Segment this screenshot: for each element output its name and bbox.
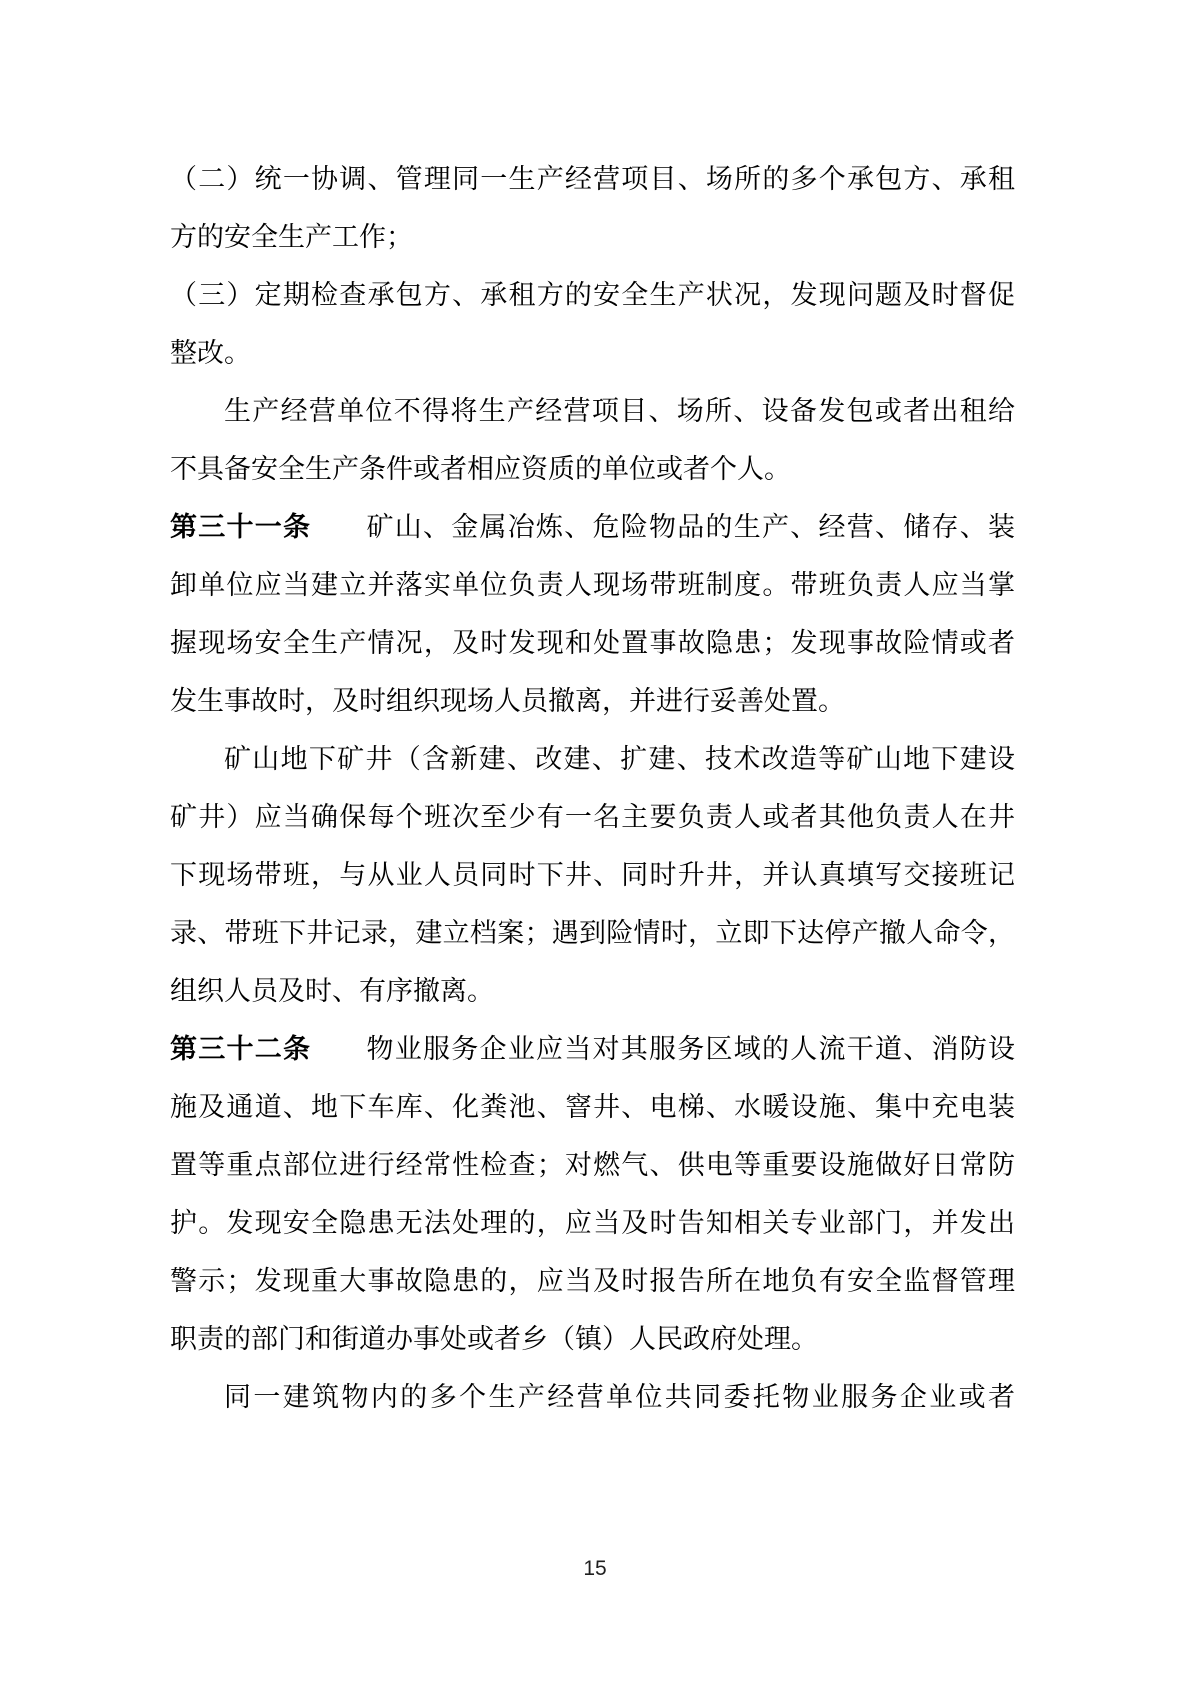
text-line: 护。发现安全隐患无法处理的，应当及时告知相关专业部门，并发出 — [170, 1194, 1015, 1252]
text-line: （二）统一协调、管理同一生产经营项目、场所的多个承包方、承租 — [170, 150, 1015, 208]
text-line: 施及通道、地下车库、化粪池、窨井、电梯、水暖设施、集中充电装 — [170, 1078, 1015, 1136]
text-line: 矿山地下矿井（含新建、改建、扩建、技术改造等矿山地下建设 — [170, 730, 1015, 788]
text-line: 组织人员及时、有序撤离。 — [170, 962, 1015, 1020]
document-body: （二）统一协调、管理同一生产经营项目、场所的多个承包方、承租 方的安全生产工作；… — [170, 150, 1015, 1426]
text-line: 职责的部门和街道办事处或者乡（镇）人民政府处理。 — [170, 1310, 1015, 1368]
text-line: 生产经营单位不得将生产经营项目、场所、设备发包或者出租给 — [170, 382, 1015, 440]
text-line: 不具备安全生产条件或者相应资质的单位或者个人。 — [170, 440, 1015, 498]
text-line: 同一建筑物内的多个生产经营单位共同委托物业服务企业或者 — [170, 1368, 1015, 1426]
text-line: 整改。 — [170, 324, 1015, 382]
article-32-text: 物业服务企业应当对其服务区域的人流干道、消防设 — [365, 1034, 1015, 1064]
page-number: 15 — [0, 1554, 1190, 1584]
article-31-number: 第三十一条 — [170, 512, 311, 542]
text-line: 警示；发现重大事故隐患的，应当及时报告所在地负有安全监督管理 — [170, 1252, 1015, 1310]
text-line-article-32: 第三十二条物业服务企业应当对其服务区域的人流干道、消防设 — [170, 1020, 1015, 1078]
text-line: 下现场带班，与从业人员同时下井、同时升井，并认真填写交接班记 — [170, 846, 1015, 904]
text-line: （三）定期检查承包方、承租方的安全生产状况，发现问题及时督促 — [170, 266, 1015, 324]
text-line: 置等重点部位进行经常性检查；对燃气、供电等重要设施做好日常防 — [170, 1136, 1015, 1194]
text-line-article-31: 第三十一条矿山、金属冶炼、危险物品的生产、经营、储存、装 — [170, 498, 1015, 556]
text-line: 录、带班下井记录，建立档案；遇到险情时，立即下达停产撤人命令， — [170, 904, 1015, 962]
article-31-text: 矿山、金属冶炼、危险物品的生产、经营、储存、装 — [365, 512, 1015, 542]
text-line: 卸单位应当建立并落实单位负责人现场带班制度。带班负责人应当掌 — [170, 556, 1015, 614]
article-32-number: 第三十二条 — [170, 1034, 311, 1064]
text-line: 握现场安全生产情况，及时发现和处置事故隐患；发现事故险情或者 — [170, 614, 1015, 672]
text-line: 矿井）应当确保每个班次至少有一名主要负责人或者其他负责人在井 — [170, 788, 1015, 846]
text-line: 方的安全生产工作； — [170, 208, 1015, 266]
text-line: 发生事故时，及时组织现场人员撤离，并进行妥善处置。 — [170, 672, 1015, 730]
